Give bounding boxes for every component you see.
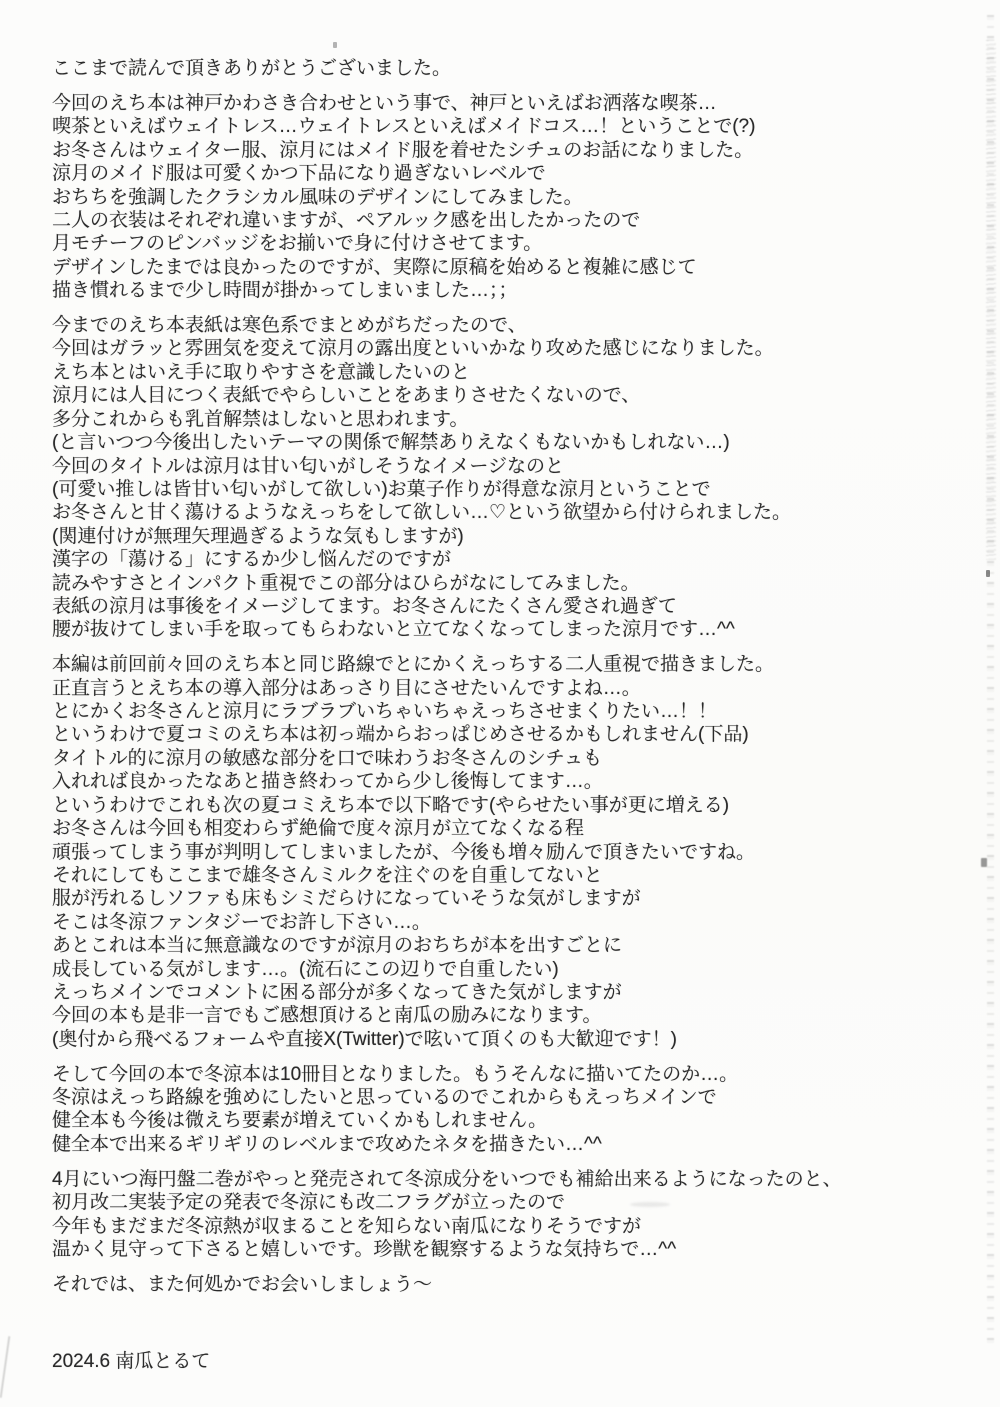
text-line: 成長している気がします…。(流石にこの辺りで自重したい) <box>52 958 952 981</box>
text-line: ここまで読んで頂きありがとうございました。 <box>52 57 952 80</box>
text-line: (可愛い推しは皆甘い匂いがして欲しい)お菓子作りが得意な涼月ということで <box>52 478 952 501</box>
text-line: お冬さんと甘く蕩けるようなえっちをして欲しい…♡という欲望から付けられました。 <box>52 501 952 524</box>
afterword-text: ここまで読んで頂きありがとうございました。今回のえち本は神戸かわさき合わせという… <box>0 0 982 1308</box>
scan-speck <box>981 858 987 867</box>
text-line: 多分これからも乳首解禁はしないと思われます。 <box>52 408 952 431</box>
text-line: 健全本も今後は微えち要素が増えていくかもしれません。 <box>52 1109 952 1132</box>
text-line: 今回の本も是非一言でもご感想頂けると南瓜の励みになります。 <box>52 1004 952 1027</box>
text-line: 冬涼はえっち路線を強めにしたいと思っているのでこれからもえっちメインで <box>52 1086 952 1109</box>
text-line: 正直言うとえち本の導入部分はあっさり目にさせたいんですよね…。 <box>52 677 952 700</box>
text-line: デザインしたまでは良かったのですが、実際に原稿を始めると複雑に感じて <box>52 256 952 279</box>
scan-smudge <box>630 1202 670 1207</box>
paragraph-3: 今までのえち本表紙は寒色系でまとめがちだったので、今回はガラッと雰囲気を変えて涼… <box>52 314 952 642</box>
text-line: (と言いつつ今後出したいテーマの関係で解禁ありえなくもないかもしれない…) <box>52 431 952 454</box>
paragraph-6: 4月にいつ海円盤二巻がやっと発売されて冬涼成分をいつでも補給出来るようになったの… <box>52 1168 952 1262</box>
paragraph-7: それでは、また何処かでお会いしましょう〜 <box>52 1273 952 1296</box>
text-line: 本編は前回前々回のえち本と同じ路線でとにかくえっちする二人重視で描きました。 <box>52 653 952 676</box>
text-line: 入れれば良かったなあと描き終わってから少し後悔してます…。 <box>52 770 952 793</box>
text-line: (関連付けが無理矢理過ぎるような気もしますが) <box>52 525 952 548</box>
text-line: 頑張ってしまう事が判明してしまいましたが、今後も増々励んで頂きたいですね。 <box>52 841 952 864</box>
text-line: 読みやすさとインパクト重視でこの部分はひらがなにしてみました。 <box>52 572 952 595</box>
text-line: 4月にいつ海円盤二巻がやっと発売されて冬涼成分をいつでも補給出来るようになったの… <box>52 1168 952 1191</box>
text-line: 二人の衣装はそれぞれ違いますが、ペアルック感を出したかったので <box>52 209 952 232</box>
text-line: あとこれは本当に無意識なのですが涼月のおちちが本を出すごとに <box>52 934 952 957</box>
text-line: 今回のえち本は神戸かわさき合わせという事で、神戸といえばお洒落な喫茶… <box>52 92 952 115</box>
text-line: 漢字の「蕩ける」にするか少し悩んだのですが <box>52 548 952 571</box>
text-line: 腰が抜けてしまい手を取ってもらわないと立てなくなってしまった涼月です…^^ <box>52 618 952 641</box>
text-line: というわけで夏コミのえち本は初っ端からおっぱじめさせるかもしれません(下品) <box>52 723 952 746</box>
text-line: 今年もまだまだ冬涼熱が収まることを知らない南瓜になりそうですが <box>52 1215 952 1238</box>
text-line: とにかくお冬さんと涼月にラブラブいちゃいちゃえっちさせまくりたい…！！ <box>52 700 952 723</box>
text-line: そして今回の本で冬涼本は10冊目となりました。もうそんなに描いてたのか…。 <box>52 1063 952 1086</box>
text-line: そこは冬涼ファンタジーでお許し下さい…。 <box>52 911 952 934</box>
date-credit: 2024.6 南瓜とるて <box>52 1350 210 1373</box>
paragraph-4: 本編は前回前々回のえち本と同じ路線でとにかくえっちする二人重視で描きました。正直… <box>52 653 952 1051</box>
text-line: それでは、また何処かでお会いしましょう〜 <box>52 1273 952 1296</box>
text-line: 涼月のメイド服は可愛くかつ下品になり過ぎないレベルで <box>52 162 952 185</box>
paragraph-1: ここまで読んで頂きありがとうございました。 <box>52 57 952 80</box>
text-line: お冬さんは今回も相変わらず絶倫で度々涼月が立てなくなる程 <box>52 817 952 840</box>
text-line: (奥付から飛べるフォームや直接X(Twitter)で呟いて頂くのも大歓迎です！) <box>52 1028 952 1051</box>
text-line: 初月改二実装予定の発表で冬涼にも改二フラグが立ったので <box>52 1191 952 1214</box>
text-line: おちちを強調したクラシカル風味のデザインにしてみました。 <box>52 186 952 209</box>
scan-noise-right-edge-upper <box>986 40 996 560</box>
text-line: 今までのえち本表紙は寒色系でまとめがちだったので、 <box>52 314 952 337</box>
text-line: えち本とはいえ手に取りやすさを意識したいのと <box>52 361 952 384</box>
text-line: 描き慣れるまで少し時間が掛かってしまいました…；； <box>52 279 952 302</box>
paragraph-5: そして今回の本で冬涼本は10冊目となりました。もうそんなに描いてたのか…。冬涼は… <box>52 1063 952 1157</box>
text-line: 服が汚れるしソファも床もシミだらけになっていそうな気がしますが <box>52 887 952 910</box>
scanned-afterword-page: ここまで読んで頂きありがとうございました。今回のえち本は神戸かわさき合わせという… <box>0 0 1000 1407</box>
text-line: 月モチーフのピンバッジをお揃いで身に付けさせてます。 <box>52 232 952 255</box>
text-line: 表紙の涼月は事後をイメージしてます。お冬さんにたくさん愛され過ぎて <box>52 595 952 618</box>
text-line: 涼月には人目につく表紙でやらしいことをあまりさせたくないので、 <box>52 384 952 407</box>
text-line: お冬さんはウェイター服、涼月にはメイド服を着せたシチュのお話になりました。 <box>52 139 952 162</box>
paragraph-2: 今回のえち本は神戸かわさき合わせという事で、神戸といえばお洒落な喫茶…喫茶といえ… <box>52 92 952 303</box>
text-line: それにしてもここまで雄冬さんミルクを注ぐのを自重してないと <box>52 864 952 887</box>
scan-speck <box>333 42 337 48</box>
text-line: 今回はガラッと雰囲気を変えて涼月の露出度といいかなり攻めた感じになりました。 <box>52 337 952 360</box>
text-line: 健全本で出来るギリギリのレベルまで攻めたネタを描きたい…^^ <box>52 1133 952 1156</box>
text-line: 温かく見守って下さると嬉しいです。珍獣を観察するような気持ちで…^^ <box>52 1238 952 1261</box>
text-line: えっちメインでコメントに困る部分が多くなってきた気がしますが <box>52 981 952 1004</box>
text-line: 今回のタイトルは涼月は甘い匂いがしそうなイメージなのと <box>52 455 952 478</box>
text-line: タイトル的に涼月の敏感な部分を口で味わうお冬さんのシチュも <box>52 747 952 770</box>
scan-edge-line <box>0 1336 10 1398</box>
scan-speck <box>986 570 990 577</box>
text-line: というわけでこれも次の夏コミえち本で以下略です(やらせたい事が更に増える) <box>52 794 952 817</box>
text-line: 喫茶といえばウェイトレス…ウェイトレスといえばメイドコス…！ということで(?) <box>52 115 952 138</box>
